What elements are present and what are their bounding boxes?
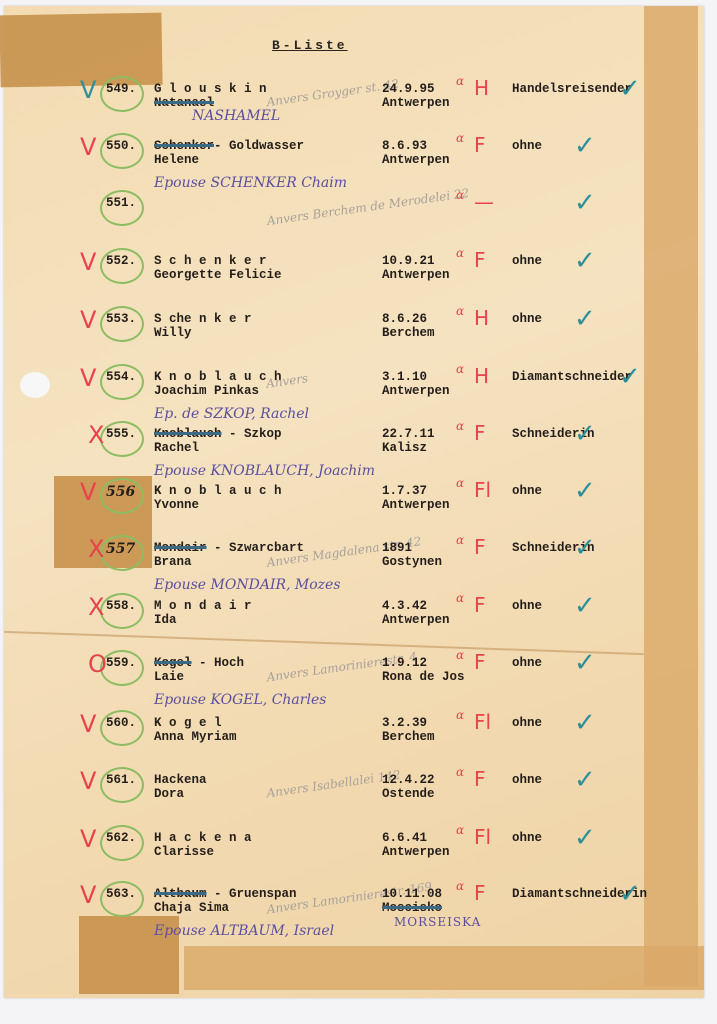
sex-mark: H [474, 76, 489, 100]
handwritten-note: Epouse SCHENKER Chaim [154, 175, 347, 191]
entry-number: 558. [106, 599, 136, 613]
left-margin-mark-icon: V [80, 364, 96, 392]
handwritten-note: Ep. de SZKOP, Rachel [154, 406, 309, 422]
sex-mark: H [474, 364, 489, 388]
entry-birth-place: Berchem [382, 730, 435, 744]
entry-birth-place: Antwerpen [382, 96, 450, 110]
entry-birth-date: 8.6.93 [382, 139, 427, 153]
left-margin-mark-icon: V [80, 825, 96, 853]
entry-birth-place: Kalisz [382, 441, 427, 455]
handwritten-note: Epouse MONDAIR, Mozes [154, 577, 341, 593]
tape-right-edge [644, 6, 698, 986]
entry-birth-date: 3.2.39 [382, 716, 427, 730]
sex-mark: Fl [474, 710, 491, 734]
check-mark-icon: ✓ [574, 823, 596, 853]
check-mark-icon: ✓ [574, 246, 596, 276]
entry-given-name: Brana [154, 555, 192, 569]
left-margin-mark-icon: V [80, 306, 96, 334]
pencil-address: Anvers Groyger st. 42 [266, 77, 400, 109]
alpha-mark: α [456, 708, 464, 722]
entry-given-name: Dora [154, 787, 184, 801]
entry-given-name: Rachel [154, 441, 199, 455]
check-mark-icon: ✓ [574, 533, 596, 563]
sex-mark: H [474, 306, 489, 330]
handwritten-note: Epouse ALTBAUM, Israel [154, 923, 334, 939]
check-mark-icon: ✓ [619, 74, 641, 104]
entry-surname: Altbaum - Gruenspan [154, 887, 297, 901]
handwritten-note: Epouse KOGEL, Charles [154, 692, 326, 708]
entry-surname: S c h e n k e r [154, 254, 267, 268]
left-margin-mark-icon: X [88, 535, 104, 563]
sex-mark: F [474, 248, 486, 272]
left-margin-mark-icon: V [80, 133, 96, 161]
entry-surname: Hackena [154, 773, 207, 787]
entry-number: 550. [106, 139, 136, 153]
entry-given-name: Willy [154, 326, 192, 340]
alpha-mark: α [456, 131, 464, 145]
entry-number: 563. [106, 887, 136, 901]
entry-birth-place: Moscisko [382, 901, 442, 915]
alpha-mark: α [456, 823, 464, 837]
document-page: B-Liste 549.G l o u s k i nNatanaelNASHA… [4, 6, 704, 998]
check-mark-icon: ✓ [574, 708, 596, 738]
alpha-mark: α [456, 362, 464, 376]
entry-occupation: ohne [512, 656, 542, 670]
entry-birth-place: Antwerpen [382, 384, 450, 398]
entry-birth-place: Rona de Jos [382, 670, 465, 684]
entry-surname: M o n d a i r [154, 599, 252, 613]
entry-occupation: ohne [512, 599, 542, 613]
alpha-mark: α [456, 188, 464, 202]
check-mark-icon: ✓ [574, 591, 596, 621]
entry-birth-date: 24.9.95 [382, 82, 435, 96]
entry-occupation: ohne [512, 484, 542, 498]
sex-mark: Fl [474, 478, 491, 502]
entry-birth-date: 8.6.26 [382, 312, 427, 326]
entry-given-name: Chaja Sima [154, 901, 229, 915]
alpha-mark: α [456, 476, 464, 490]
sex-mark: F [474, 593, 486, 617]
entry-birth-date: 1.7.37 [382, 484, 427, 498]
alpha-mark: α [456, 533, 464, 547]
entry-surname: Schenker- Goldwasser [154, 139, 304, 153]
entry-occupation: ohne [512, 254, 542, 268]
entry-occupation: ohne [512, 716, 542, 730]
alpha-mark: α [456, 879, 464, 893]
entry-surname: S che n k e r [154, 312, 252, 326]
entry-birth-place: Antwerpen [382, 613, 450, 627]
left-margin-mark-icon: O [88, 650, 107, 678]
entry-surname: Knoblauch - Szkop [154, 427, 282, 441]
punch-hole [20, 372, 50, 398]
entry-number: 556 [106, 484, 135, 500]
check-mark-icon: ✓ [574, 765, 596, 795]
entry-given-name: Georgette Felicie [154, 268, 282, 282]
entry-birth-place: Antwerpen [382, 153, 450, 167]
entry-birth-date: 1891 [382, 541, 412, 555]
entry-birth-place: Antwerpen [382, 845, 450, 859]
check-mark-icon: ✓ [574, 419, 596, 449]
check-mark-icon: ✓ [619, 362, 641, 392]
entry-occupation: Handelsreisender [512, 82, 632, 96]
alpha-mark: α [456, 246, 464, 260]
entry-given-name: Joachim Pinkas [154, 384, 259, 398]
entry-number: 557 [106, 541, 135, 557]
alpha-mark: α [456, 765, 464, 779]
sex-mark: F [474, 881, 486, 905]
left-margin-mark-icon: V [80, 767, 96, 795]
entry-birth-date: 4.3.42 [382, 599, 427, 613]
left-margin-mark-icon: V [80, 76, 96, 104]
entry-birth-date: 3.1.10 [382, 370, 427, 384]
left-margin-mark-icon: V [80, 710, 96, 738]
check-mark-icon: ✓ [574, 188, 596, 218]
entry-birth-date: 10.9.21 [382, 254, 435, 268]
place-correction: MORSEISKA [394, 915, 481, 929]
entry-birth-place: Ostende [382, 787, 435, 801]
entry-given-name: Helene [154, 153, 199, 167]
check-mark-icon: ✓ [574, 131, 596, 161]
name-correction: NASHAMEL [192, 108, 280, 124]
entry-number: 559. [106, 656, 136, 670]
entry-birth-place: Antwerpen [382, 268, 450, 282]
entry-number: 551. [106, 196, 136, 210]
sex-mark: — [474, 190, 494, 214]
entry-number: 554. [106, 370, 136, 384]
entry-number: 561. [106, 773, 136, 787]
left-margin-mark-icon: V [80, 248, 96, 276]
entry-given-name: Laie [154, 670, 184, 684]
entry-number: 555. [106, 427, 136, 441]
entry-number: 562. [106, 831, 136, 845]
pencil-address: Anvers Berchem de Merodelei 22 [266, 186, 470, 228]
left-margin-mark-icon: V [80, 881, 96, 909]
sex-mark: F [474, 421, 486, 445]
entry-surname: G l o u s k i n [154, 82, 267, 96]
entry-occupation: ohne [512, 831, 542, 845]
sex-mark: F [474, 535, 486, 559]
entry-birth-date: 1.9.12 [382, 656, 427, 670]
entry-number: 560. [106, 716, 136, 730]
entry-birth-place: Gostynen [382, 555, 442, 569]
entry-birth-date: 12.4.22 [382, 773, 435, 787]
sex-mark: F [474, 133, 486, 157]
sex-mark: F [474, 767, 486, 791]
check-mark-icon: ✓ [574, 304, 596, 334]
entry-number: 552. [106, 254, 136, 268]
page-title: B-Liste [272, 38, 348, 53]
entry-birth-place: Antwerpen [382, 498, 450, 512]
entry-birth-date: 22.7.11 [382, 427, 435, 441]
sex-mark: F [474, 650, 486, 674]
entry-given-name: Anna Myriam [154, 730, 237, 744]
entry-number: 549. [106, 82, 136, 96]
alpha-mark: α [456, 648, 464, 662]
check-mark-icon: ✓ [619, 879, 641, 909]
entry-occupation: ohne [512, 312, 542, 326]
tape-bottom [184, 946, 704, 990]
entry-number: 553. [106, 312, 136, 326]
entry-occupation: ohne [512, 773, 542, 787]
alpha-mark: α [456, 74, 464, 88]
entry-birth-date: 10.11.08 [382, 887, 442, 901]
entry-surname: Kogel - Hoch [154, 656, 244, 670]
check-mark-icon: ✓ [574, 648, 596, 678]
check-mark-icon: ✓ [574, 476, 596, 506]
entry-given-name: Ida [154, 613, 177, 627]
handwritten-note: Epouse KNOBLAUCH, Joachim [154, 463, 375, 479]
alpha-mark: α [456, 304, 464, 318]
entry-surname: K n o b l a u c h [154, 370, 282, 384]
entry-surname: K o g e l [154, 716, 222, 730]
left-margin-mark-icon: X [88, 421, 104, 449]
alpha-mark: α [456, 419, 464, 433]
entry-surname: H a c k e n a [154, 831, 252, 845]
entry-birth-place: Berchem [382, 326, 435, 340]
left-margin-mark-icon: X [88, 593, 104, 621]
alpha-mark: α [456, 591, 464, 605]
sex-mark: Fl [474, 825, 491, 849]
entry-occupation: ohne [512, 139, 542, 153]
entry-occupation: Diamantschneider [512, 370, 632, 384]
entry-given-name: Yvonne [154, 498, 199, 512]
entry-given-name: Clarisse [154, 845, 214, 859]
entry-birth-date: 6.6.41 [382, 831, 427, 845]
entry-surname: K n o b l a u c h [154, 484, 282, 498]
left-margin-mark-icon: V [80, 478, 96, 506]
